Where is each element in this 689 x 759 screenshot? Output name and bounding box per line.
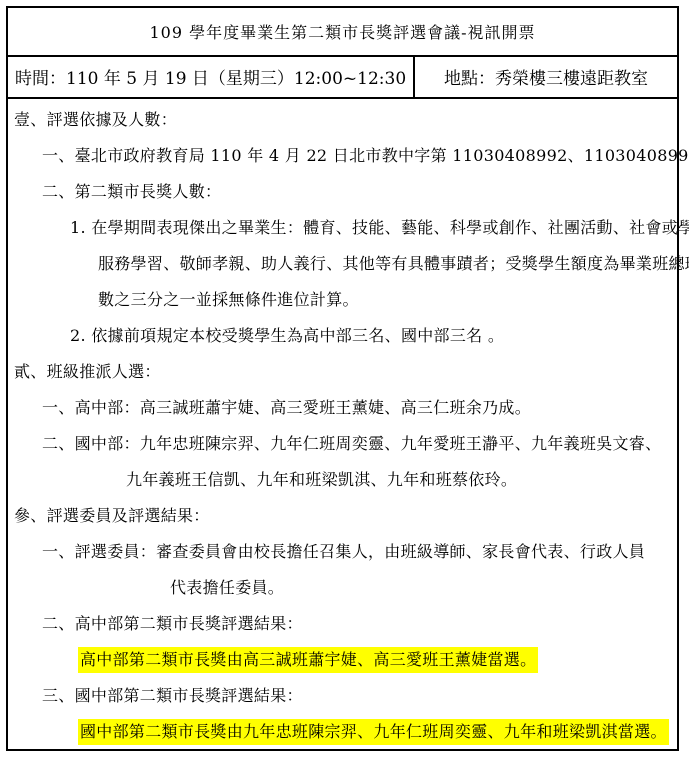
line-text: 二、高中部第二類市長獎評選結果： xyxy=(42,613,303,635)
document-line-highlighted: 高中部第二類市長獎由高三誠班蕭宇婕、高三愛班王薰婕當選。 xyxy=(8,641,677,677)
line-text: 一、高中部：高三誠班蕭宇婕、高三愛班王薰婕、高三仁班余乃成。 xyxy=(42,397,531,419)
document-line: 代表擔任委員。 xyxy=(8,569,677,605)
document-title: 109 學年度畢業生第二類市長獎評選會議-視訊開票 xyxy=(149,20,535,43)
document-line: 三、國中部第二類市長獎評選結果： xyxy=(8,677,677,713)
meta-time-cell: 時間：110 年 5 月 19 日（星期三）12:00~12:30 xyxy=(8,57,415,97)
document-page: 109 學年度畢業生第二類市長獎評選會議-視訊開票 時間：110 年 5 月 1… xyxy=(0,0,689,759)
meta-table-row: 時間：110 年 5 月 19 日（星期三）12:00~12:30 地點：秀榮樓… xyxy=(8,57,677,99)
document-body: 壹、評選依據及人數： 一、臺北市政府教育局 110 年 4 月 22 日北市教中… xyxy=(8,99,677,749)
line-text: 壹、評選依據及人數： xyxy=(14,109,177,131)
line-text: 三、國中部第二類市長獎評選結果： xyxy=(42,685,303,707)
document-line: 參、評選委員及評選結果： xyxy=(8,497,677,533)
document-line: 數之三分之一並採無條件進位計算。 xyxy=(8,281,677,317)
document-line: 一、臺北市政府教育局 110 年 4 月 22 日北市教中字第 11030408… xyxy=(8,137,677,173)
line-text: 九年義班王信凱、九年和班梁凱淇、九年和班蔡依玲。 xyxy=(126,469,517,491)
document-line: 2. 依據前項規定本校受獎學生為高中部三名、國中部三名 。 xyxy=(8,317,677,353)
document-line: 1. 在學期間表現傑出之畢業生：體育、技能、藝能、科學或創作、社團活動、社會或學… xyxy=(8,209,677,245)
document-line: 九年義班王信凱、九年和班梁凱淇、九年和班蔡依玲。 xyxy=(8,461,677,497)
document-line-highlighted: 國中部第二類市長獎由九年忠班陳宗羿、九年仁班周奕靈、九年和班梁凱淇當選。 xyxy=(8,713,677,749)
highlighted-result-text: 高中部第二類市長獎由高三誠班蕭宇婕、高三愛班王薰婕當選。 xyxy=(78,647,538,673)
meta-time-text: 時間：110 年 5 月 19 日（星期三）12:00~12:30 xyxy=(15,64,406,89)
line-text: 參、評選委員及評選結果： xyxy=(14,505,210,527)
document-line: 貳、班級推派人選： xyxy=(8,353,677,389)
line-text: 一、臺北市政府教育局 110 年 4 月 22 日北市教中字第 11030408… xyxy=(42,145,689,167)
document-line: 二、國中部：九年忠班陳宗羿、九年仁班周奕靈、九年愛班王瀞平、九年義班吳文睿、 xyxy=(8,425,677,461)
document-line: 二、高中部第二類市長獎評選結果： xyxy=(8,605,677,641)
line-text: 二、國中部：九年忠班陳宗羿、九年仁班周奕靈、九年愛班王瀞平、九年義班吳文睿、 xyxy=(42,433,661,455)
highlighted-result-text: 國中部第二類市長獎由九年忠班陳宗羿、九年仁班周奕靈、九年和班梁凱淇當選。 xyxy=(78,719,669,745)
document-line: 一、評選委員：審查委員會由校長擔任召集人，由班級導師、家長會代表、行政人員 xyxy=(8,533,677,569)
line-text: 一、評選委員：審查委員會由校長擔任召集人，由班級導師、家長會代表、行政人員 xyxy=(42,541,645,563)
document-line: 壹、評選依據及人數： xyxy=(8,101,677,137)
line-text: 服務學習、敬師孝親、助人義行、其他等有具體事蹟者；受獎學生額度為畢業班總班級 xyxy=(98,253,689,275)
meta-location-cell: 地點：秀榮樓三樓遠距教室 xyxy=(415,57,677,97)
line-text: 二、第二類市長獎人數： xyxy=(42,181,221,203)
meta-location-text: 地點：秀榮樓三樓遠距教室 xyxy=(444,64,648,89)
line-text: 代表擔任委員。 xyxy=(170,577,284,599)
document-border-frame: 109 學年度畢業生第二類市長獎評選會議-視訊開票 時間：110 年 5 月 1… xyxy=(6,6,679,751)
document-line: 二、第二類市長獎人數： xyxy=(8,173,677,209)
line-text: 貳、班級推派人選： xyxy=(14,361,161,383)
line-text: 2. 依據前項規定本校受獎學生為高中部三名、國中部三名 。 xyxy=(70,325,504,347)
line-text: 數之三分之一並採無條件進位計算。 xyxy=(98,289,359,311)
document-title-row: 109 學年度畢業生第二類市長獎評選會議-視訊開票 xyxy=(8,8,677,57)
line-text: 1. 在學期間表現傑出之畢業生：體育、技能、藝能、科學或創作、社團活動、社會或學… xyxy=(70,217,689,239)
document-line: 一、高中部：高三誠班蕭宇婕、高三愛班王薰婕、高三仁班余乃成。 xyxy=(8,389,677,425)
document-line: 服務學習、敬師孝親、助人義行、其他等有具體事蹟者；受獎學生額度為畢業班總班級 xyxy=(8,245,677,281)
